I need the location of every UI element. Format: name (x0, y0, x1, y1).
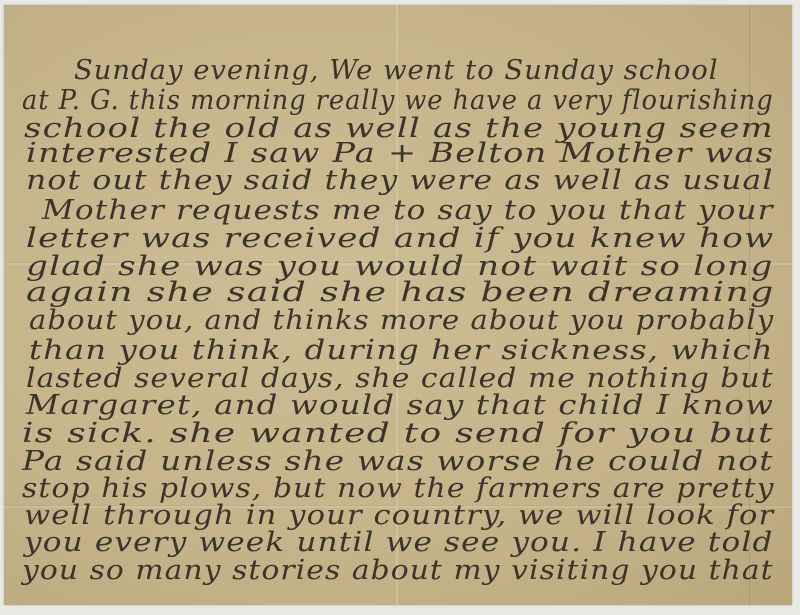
letter-line: you so many stories about my visiting yo… (22, 555, 774, 586)
letter-line: you every week until we see you. I have … (24, 527, 774, 558)
letter-page: Sunday evening, We went to Sunday school… (4, 5, 792, 605)
letter-line: at P. G. this morning really we have a v… (22, 85, 774, 116)
letter-line: is sick. she wanted to send for you but (22, 418, 774, 449)
letter-line: Mother requests me to say to you that yo… (42, 195, 774, 226)
letter-line: Sunday evening, We went to Sunday school (74, 55, 774, 86)
letter-body: Sunday evening, We went to Sunday school… (4, 5, 792, 605)
letter-line: not out they said they were as well as u… (26, 165, 774, 196)
letter-line: letter was received and if you knew how (26, 223, 774, 254)
letter-line: again she said she has been dreaming (26, 277, 775, 308)
letter-line: than you think, during her sickness, whi… (29, 335, 774, 366)
letter-line: Margaret, and would say that child I kno… (26, 390, 774, 421)
letter-line: about you, and thinks more about you pro… (29, 305, 774, 336)
